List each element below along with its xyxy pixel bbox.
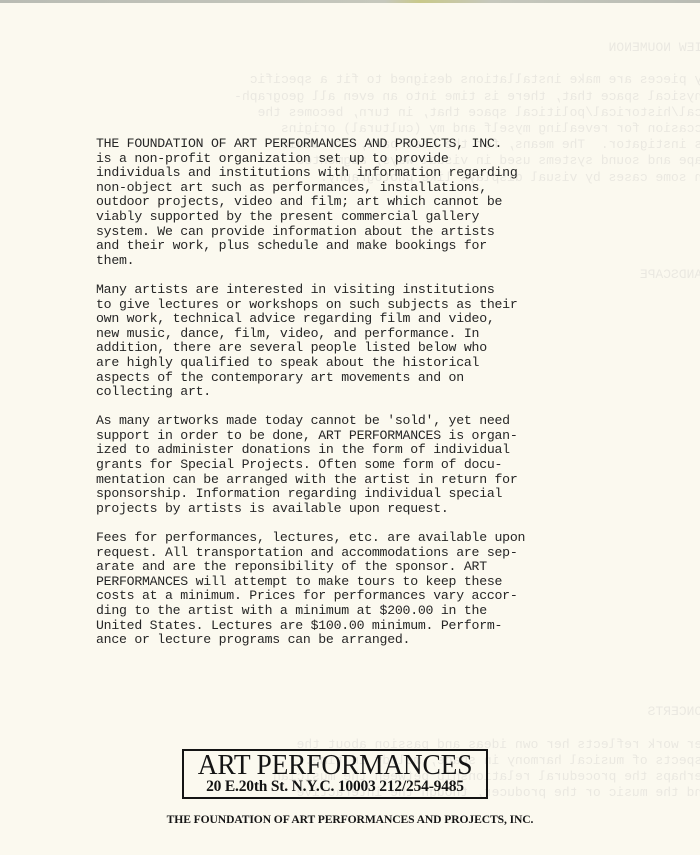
paragraph-fees: Fees for performances, lectures, etc. ar…	[96, 531, 576, 648]
art-performances-logo: ART PERFORMANCES 20 E.20th St. N.Y.C. 10…	[182, 749, 488, 799]
logo-address: 20 E.20th St. N.Y.C. 10003 212/254-9485	[184, 779, 486, 795]
document-body: THE FOUNDATION OF ART PERFORMANCES AND P…	[96, 137, 576, 662]
foundation-footer: THE FOUNDATION OF ART PERFORMANCES AND P…	[0, 813, 700, 826]
paragraph-special-projects: As many artworks made today cannot be 's…	[96, 414, 576, 516]
scan-top-edge	[0, 0, 700, 3]
paragraph-lectures: Many artists are interested in visiting …	[96, 283, 576, 400]
paragraph-intro: THE FOUNDATION OF ART PERFORMANCES AND P…	[96, 137, 576, 268]
logo-title: ART PERFORMANCES	[187, 753, 483, 779]
